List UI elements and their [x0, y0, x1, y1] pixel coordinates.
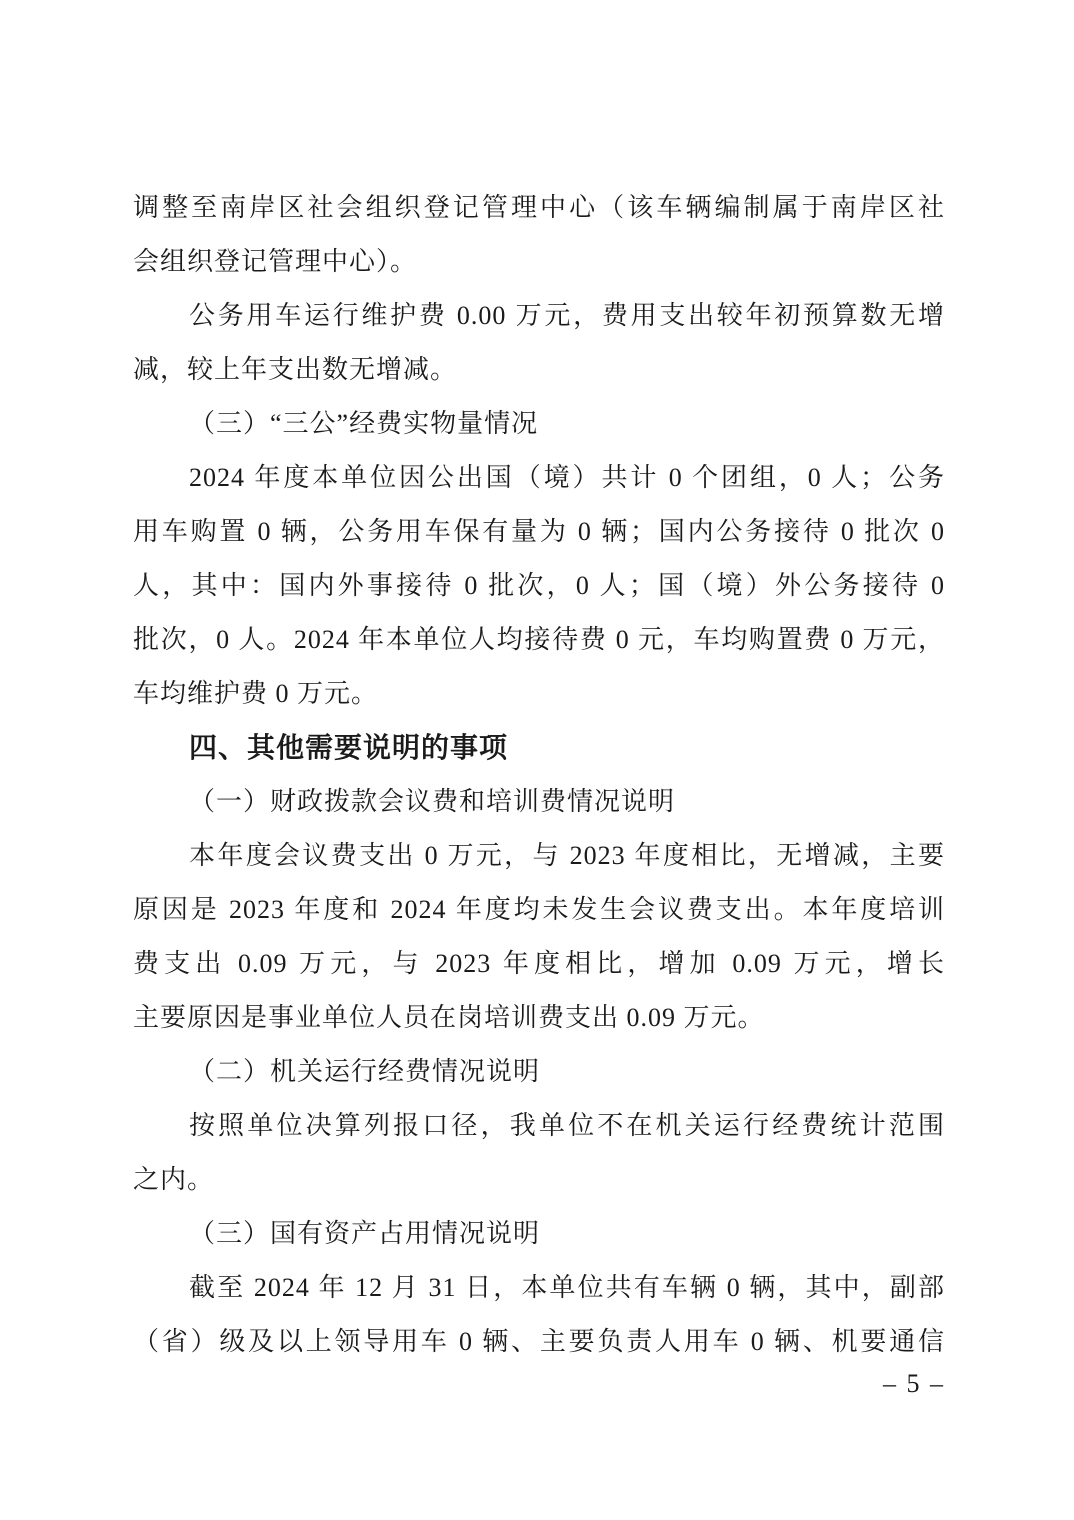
body-line: 费支出 0.09 万元，与 2023 年度相比，增加 0.09 万元，增长 10… — [133, 937, 945, 991]
subsection-heading: （二）机关运行经费情况说明 — [133, 1045, 945, 1099]
body-line: 用车购置 0 辆，公务用车保有量为 0 辆；国内公务接待 0 批次 0 — [133, 505, 945, 559]
body-line: 减，较上年支出数无增减。 — [133, 343, 945, 397]
page-number: – 5 – — [133, 1364, 945, 1404]
body-line: 之内。 — [133, 1153, 945, 1207]
section-heading: 四、其他需要说明的事项 — [133, 721, 945, 775]
body-line: 人，其中：国内外事接待 0 批次，0 人；国（境）外公务接待 0 — [133, 559, 945, 613]
body-line: 调整至南岸区社会组织登记管理中心（该车辆编制属于南岸区社 — [133, 181, 945, 235]
subsection-heading: （一）财政拨款会议费和培训费情况说明 — [133, 775, 945, 829]
document-page: 调整至南岸区社会组织登记管理中心（该车辆编制属于南岸区社 会组织登记管理中心）。… — [0, 0, 1074, 1520]
body-line: 车均维护费 0 万元。 — [133, 667, 945, 721]
document-text-block: 调整至南岸区社会组织登记管理中心（该车辆编制属于南岸区社 会组织登记管理中心）。… — [133, 181, 945, 1369]
body-line: 会组织登记管理中心）。 — [133, 235, 945, 289]
body-line: 截至 2024 年 12 月 31 日，本单位共有车辆 0 辆，其中，副部 — [133, 1261, 945, 1315]
body-line: 2024 年度本单位因公出国（境）共计 0 个团组，0 人；公务 — [133, 451, 945, 505]
body-line: 原因是 2023 年度和 2024 年度均未发生会议费支出。本年度培训 — [133, 883, 945, 937]
body-line: （省）级及以上领导用车 0 辆、主要负责人用车 0 辆、机要通信 — [133, 1315, 945, 1369]
body-line: 按照单位决算列报口径，我单位不在机关运行经费统计范围 — [133, 1099, 945, 1153]
body-line: 主要原因是事业单位人员在岗培训费支出 0.09 万元。 — [133, 991, 945, 1045]
body-line: 本年度会议费支出 0 万元，与 2023 年度相比，无增减，主要 — [133, 829, 945, 883]
subsection-heading: （三）国有资产占用情况说明 — [133, 1207, 945, 1261]
subsection-heading: （三）“三公”经费实物量情况 — [133, 397, 945, 451]
body-line: 批次，0 人。2024 年本单位人均接待费 0 元，车均购置费 0 万元， — [133, 613, 945, 667]
body-line: 公务用车运行维护费 0.00 万元，费用支出较年初预算数无增 — [133, 289, 945, 343]
